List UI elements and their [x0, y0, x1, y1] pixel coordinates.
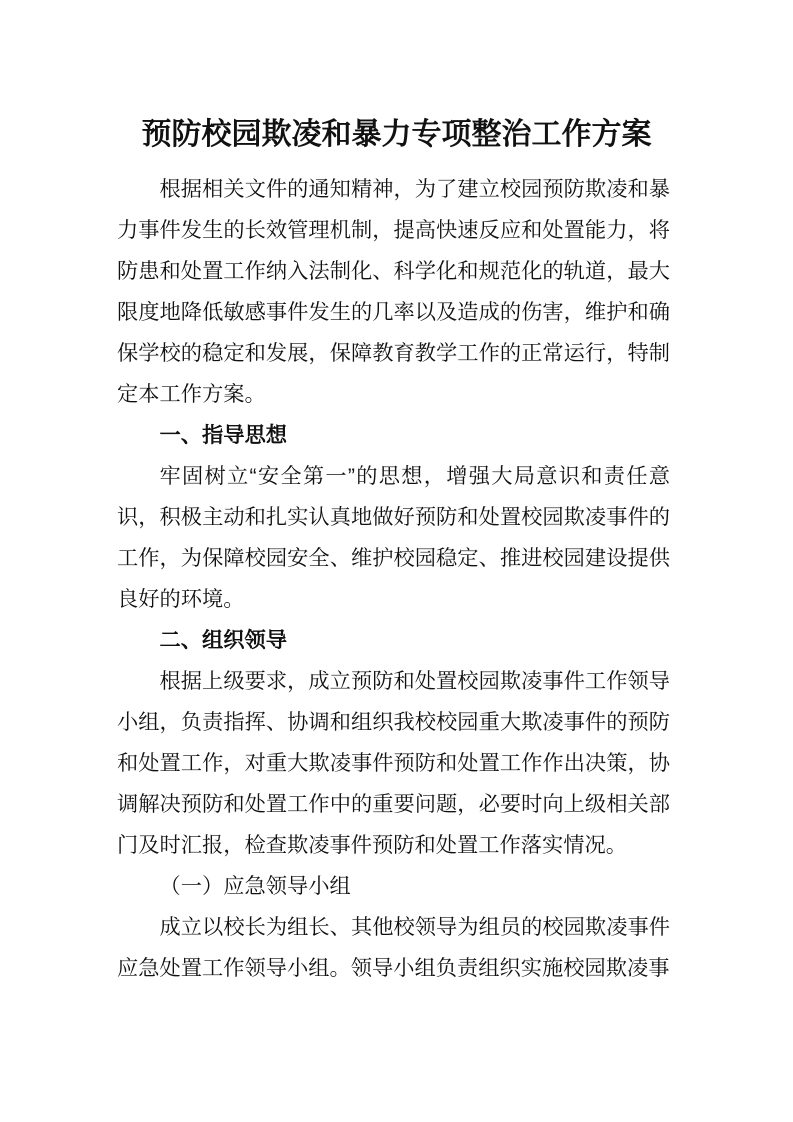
body-paragraph: 成立以校长为组长、其他校领导为组员的校园欺凌事件应急处置工作领导小组。领导小组负…: [117, 907, 670, 989]
body-paragraph: 根据上级要求，成立预防和处置校园欺凌事件工作领导小组，负责指挥、协调和组织我校校…: [117, 661, 670, 866]
document-page: 预防校园欺凌和暴力专项整治工作方案 根据相关文件的通知精神，为了建立校园预防欺凌…: [0, 0, 793, 1122]
body-paragraph: 根据相关文件的通知精神，为了建立校园预防欺凌和暴力事件发生的长效管理机制，提高快…: [117, 169, 670, 415]
document-title: 预防校园欺凌和暴力专项整治工作方案: [0, 0, 793, 156]
document-body: 根据相关文件的通知精神，为了建立校园预防欺凌和暴力事件发生的长效管理机制，提高快…: [117, 169, 670, 989]
section-heading: 二、组织领导: [117, 620, 670, 661]
body-paragraph: 牢固树立“安全第一”的思想，增强大局意识和责任意识，积极主动和扎实认真地做好预防…: [117, 456, 670, 620]
section-heading: 一、指导思想: [117, 415, 670, 456]
sub-heading: （一）应急领导小组: [117, 866, 670, 907]
